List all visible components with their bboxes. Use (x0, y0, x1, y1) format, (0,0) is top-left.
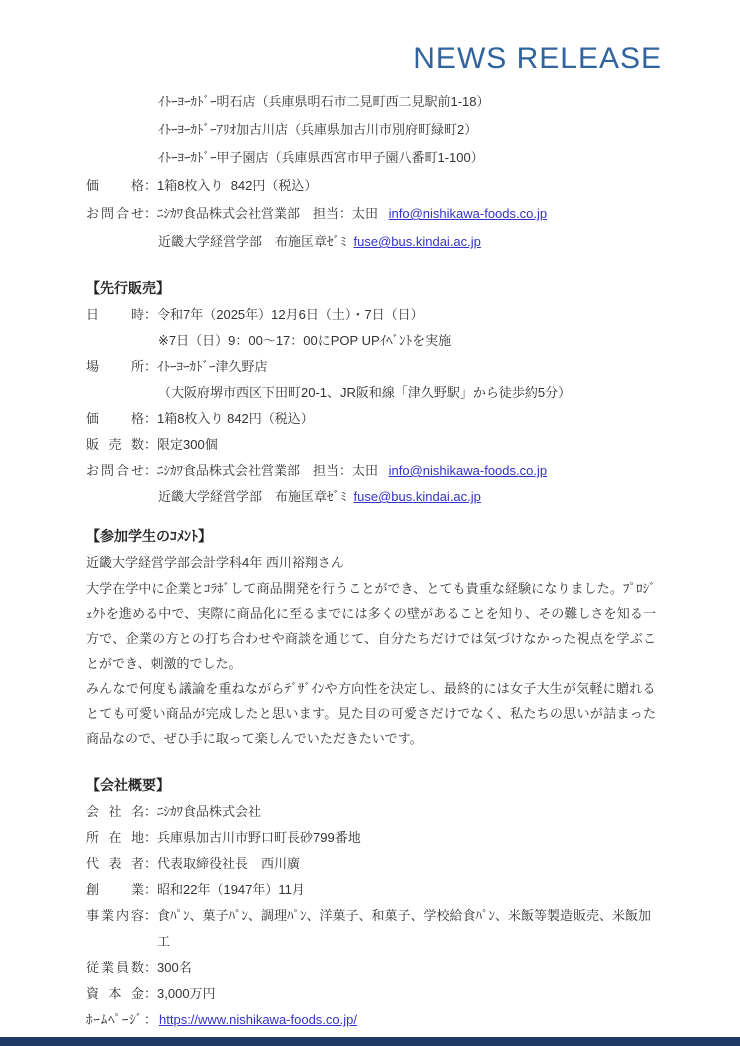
presale-contact-value: ﾆｼｶﾜ食品株式会社営業部 担当：太田 info@nishikawa-foods… (157, 458, 656, 484)
contact-label: お問合せ (86, 200, 144, 228)
colon: ： (144, 955, 157, 981)
founded-label: 創業 (86, 877, 144, 903)
company-profile-section: 【会社概要】 会社名：ﾆｼｶﾜ食品株式会社 所在地：兵庫県加古川市野口町長砂79… (86, 771, 656, 1033)
email-link-nishikawa-2[interactable]: info@nishikawa-foods.co.jp (389, 463, 547, 478)
presale-contact-row: お問合せ：ﾆｼｶﾜ食品株式会社営業部 担当：太田 info@nishikawa-… (86, 458, 656, 484)
colon: ： (144, 981, 157, 1007)
colon: ： (144, 200, 157, 228)
comment-paragraph-1: 大学在学中に企業とｺﾗﾎﾞして商品開発を行うことができ、とても貴重な経験になりま… (86, 576, 656, 676)
university-contact-row: 近畿大学経営学部 布施匡章ｾﾞﾐfuse@bus.kindai.ac.jp (86, 228, 656, 256)
business-row: 事業内容：食ﾊﾟﾝ、菓子ﾊﾟﾝ、調理ﾊﾟﾝ、洋菓子、和菓子、学校給食ﾊﾟﾝ、米飯… (86, 903, 656, 955)
website-label: ﾎｰﾑﾍﾟｰｼﾞ (86, 1007, 144, 1033)
store-address-line-1: ｲﾄｰﾖｰｶﾄﾞｰ明石店（兵庫県明石市二見町西二見駅前1-18） (86, 88, 656, 116)
company-name-label: 会社名 (86, 799, 144, 825)
price-value: 1箱8枚入り 842円（税込） (157, 172, 656, 200)
colon: ： (144, 354, 157, 380)
news-release-page: NEWS RELEASE ｲﾄｰﾖｰｶﾄﾞｰ明石店（兵庫県明石市二見町西二見駅前… (0, 0, 740, 1046)
presale-heading: 【先行販売】 (86, 274, 656, 302)
colon: ： (144, 1007, 157, 1033)
page-header: NEWS RELEASE (0, 0, 740, 76)
quantity-label: 販売数 (86, 432, 144, 458)
presale-section: 【先行販売】 日時：令和7年（2025年）12月6日（土）・7日（日） ※7日（… (86, 274, 656, 510)
presale-price-row: 価格：1箱8枚入り 842円（税込） (86, 406, 656, 432)
date-row: 日時：令和7年（2025年）12月6日（土）・7日（日） (86, 302, 656, 328)
email-link-nishikawa[interactable]: info@nishikawa-foods.co.jp (389, 206, 547, 221)
colon: ： (144, 903, 157, 929)
presale-price-label: 価格 (86, 406, 144, 432)
capital-label: 資本金 (86, 981, 144, 1007)
website-link[interactable]: https://www.nishikawa-foods.co.jp/ (159, 1012, 357, 1027)
university-contact-value: 近畿大学経営学部 布施匡章ｾﾞﾐfuse@bus.kindai.ac.jp (158, 228, 656, 256)
company-name-row: 会社名：ﾆｼｶﾜ食品株式会社 (86, 799, 656, 825)
company-address-label: 所在地 (86, 825, 144, 851)
email-link-kindai[interactable]: fuse@bus.kindai.ac.jp (354, 234, 481, 249)
place-label: 場所 (86, 354, 144, 380)
presale-contact-label: お問合せ (86, 458, 144, 484)
quantity-value: 限定300個 (157, 432, 656, 458)
store-address-line-2: ｲﾄｰﾖｰｶﾄﾞｰｱﾘｵ加古川店（兵庫県加古川市別府町緑町2） (86, 116, 656, 144)
presale-university-contact-text: 近畿大学経営学部 布施匡章ｾﾞﾐ (158, 489, 347, 504)
colon: ： (144, 825, 157, 851)
business-value: 食ﾊﾟﾝ、菓子ﾊﾟﾝ、調理ﾊﾟﾝ、洋菓子、和菓子、学校給食ﾊﾟﾝ、米飯等製造販売… (157, 903, 656, 955)
university-contact-text: 近畿大学経営学部 布施匡章ｾﾞﾐ (158, 234, 347, 249)
presale-contact-text: ﾆｼｶﾜ食品株式会社営業部 担当：太田 (157, 463, 382, 478)
student-byline: 近畿大学経営学部会計学科4年 西川裕翔さん (86, 550, 656, 576)
colon: ： (144, 406, 157, 432)
presale-university-contact-row: 近畿大学経営学部 布施匡章ｾﾞﾐfuse@bus.kindai.ac.jp (86, 484, 656, 510)
contact-text: ﾆｼｶﾜ食品株式会社営業部 担当：太田 (157, 206, 382, 221)
website-value: https://www.nishikawa-foods.co.jp/ (157, 1007, 656, 1033)
presale-university-contact-value: 近畿大学経営学部 布施匡章ｾﾞﾐfuse@bus.kindai.ac.jp (158, 484, 656, 510)
place-value: ｲﾄｰﾖｰｶﾄﾞｰ津久野店 (157, 354, 656, 380)
sales-locations-section: ｲﾄｰﾖｰｶﾄﾞｰ明石店（兵庫県明石市二見町西二見駅前1-18） ｲﾄｰﾖｰｶﾄ… (86, 88, 656, 256)
colon: ： (144, 851, 157, 877)
price-label: 価格 (86, 172, 144, 200)
colon: ： (144, 172, 157, 200)
representative-row: 代表者：代表取締役社長 西川廣 (86, 851, 656, 877)
company-address-row: 所在地：兵庫県加古川市野口町長砂799番地 (86, 825, 656, 851)
capital-value: 3,000万円 (157, 981, 656, 1007)
website-row: ﾎｰﾑﾍﾟｰｼﾞ：https://www.nishikawa-foods.co.… (86, 1007, 656, 1033)
founded-value: 昭和22年（1947年）11月 (157, 877, 656, 903)
business-label: 事業内容 (86, 903, 144, 929)
date-value: 令和7年（2025年）12月6日（土）・7日（日） (157, 302, 656, 328)
news-release-title: NEWS RELEASE (413, 42, 662, 75)
place-note: （大阪府堺市西区下田町20-1、JR阪和線「津久野駅」から徒歩約5分） (86, 380, 656, 406)
date-label: 日時 (86, 302, 144, 328)
founded-row: 創業：昭和22年（1947年）11月 (86, 877, 656, 903)
footer-bar (0, 1037, 740, 1046)
employees-row: 従業員数：300名 (86, 955, 656, 981)
page-content: ｲﾄｰﾖｰｶﾄﾞｰ明石店（兵庫県明石市二見町西二見駅前1-18） ｲﾄｰﾖｰｶﾄ… (0, 76, 740, 1033)
email-link-kindai-2[interactable]: fuse@bus.kindai.ac.jp (354, 489, 481, 504)
representative-label: 代表者 (86, 851, 144, 877)
comment-heading: 【参加学生のｺﾒﾝﾄ】 (86, 522, 656, 550)
student-comment-section: 【参加学生のｺﾒﾝﾄ】 近畿大学経営学部会計学科4年 西川裕翔さん 大学在学中に… (86, 522, 656, 751)
presale-price-value: 1箱8枚入り 842円（税込） (157, 406, 656, 432)
colon: ： (144, 799, 157, 825)
employees-value: 300名 (157, 955, 656, 981)
price-row: 価格：1箱8枚入り 842円（税込） (86, 172, 656, 200)
contact-value: ﾆｼｶﾜ食品株式会社営業部 担当：太田 info@nishikawa-foods… (157, 200, 656, 228)
comment-paragraph-2: みんなで何度も議論を重ねながらﾃﾞｻﾞｲﾝや方向性を決定し、最終的には女子大生が… (86, 676, 656, 751)
colon: ： (144, 458, 157, 484)
colon: ： (144, 432, 157, 458)
colon: ： (144, 302, 157, 328)
representative-value: 代表取締役社長 西川廣 (157, 851, 656, 877)
employees-label: 従業員数 (86, 955, 144, 981)
company-address-value: 兵庫県加古川市野口町長砂799番地 (157, 825, 656, 851)
store-address-line-3: ｲﾄｰﾖｰｶﾄﾞｰ甲子園店（兵庫県西宮市甲子園八番町1-100） (86, 144, 656, 172)
company-heading: 【会社概要】 (86, 771, 656, 799)
place-row: 場所：ｲﾄｰﾖｰｶﾄﾞｰ津久野店 (86, 354, 656, 380)
contact-row: お問合せ：ﾆｼｶﾜ食品株式会社営業部 担当：太田 info@nishikawa-… (86, 200, 656, 228)
capital-row: 資本金：3,000万円 (86, 981, 656, 1007)
date-note: ※7日（日）9：00～17：00にPOP UPｲﾍﾞﾝﾄを実施 (86, 328, 656, 354)
colon: ： (144, 877, 157, 903)
company-name-value: ﾆｼｶﾜ食品株式会社 (157, 799, 656, 825)
quantity-row: 販売数：限定300個 (86, 432, 656, 458)
